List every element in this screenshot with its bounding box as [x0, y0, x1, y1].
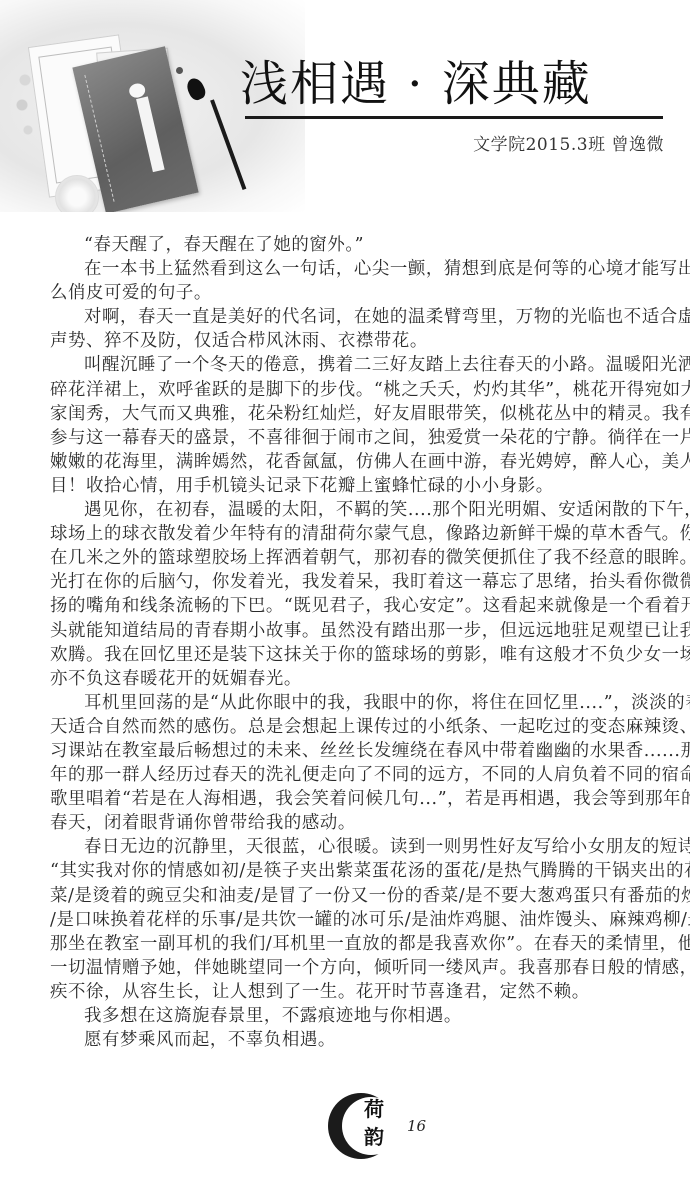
calligraphy-brush-icon: [210, 99, 246, 190]
title-divider: [245, 116, 663, 119]
text-line: 那坐在教室一副耳机的我们/耳机里一直放的都是我喜欢你”。在春天的柔情里，他把: [50, 932, 662, 956]
text-line: 我多想在这旖旎春景里，不露痕迹地与你相遇。: [50, 1004, 662, 1028]
text-line: 一切温情赠予她，伴她眺望同一个方向，倾听同一缕风声。我喜那春日般的情感，不: [50, 956, 662, 980]
text-line: 么俏皮可爱的句子。: [50, 281, 662, 305]
text-line: 参与这一幕春天的盛景，不喜徘徊于闹市之间，独爱赏一朵花的宁静。徜徉在一片粉: [50, 426, 662, 450]
page-number: 16: [407, 1117, 426, 1135]
text-line: 嫩嫩的花海里，满眸嫣然，花香氤氲，仿佛人在画中游，春光娉婷，醉人心，美人: [50, 450, 662, 474]
text-line: 天适合自然而然的感伤。总是会想起上课传过的小纸条、一起吃过的变态麻辣烫、自: [50, 715, 662, 739]
text-line: 亦不负这春暖花开的妩媚春光。: [50, 667, 662, 691]
text-line: “春天醒了，春天醒在了她的窗外。”: [50, 233, 662, 257]
text-line: 在几米之外的篮球塑胶场上挥洒着朝气，那初春的微笑便抓住了我不经意的眼眸。阳: [50, 546, 662, 570]
teacup-decoration: [55, 175, 99, 212]
article-body: “春天醒了，春天醒在了她的窗外。”在一本书上猛然看到这么一句话，心尖一颤，猜想到…: [50, 233, 662, 1052]
logo-text: 荷 韵: [362, 1095, 386, 1151]
brush-tip-decoration: [184, 76, 208, 103]
text-line: 头就能知道结局的青春期小故事。虽然没有踏出那一步，但远远地驻足观望已让我心: [50, 619, 662, 643]
text-line: “其实我对你的情感如初/是筷子夹出紫菜蛋花汤的蛋花/是热气腾腾的干锅夹出的花: [50, 859, 662, 883]
text-line: 菜/是烫着的豌豆尖和油麦/是冒了一份又一份的香菜/是不要大葱鸡蛋只有番茄的炒饭: [50, 884, 662, 908]
text-line: 碎花洋裙上，欢呼雀跃的是脚下的步伐。“桃之夭夭，灼灼其华”，桃花开得宛如大: [50, 378, 662, 402]
journal-logo: 荷 韵: [328, 1093, 396, 1161]
text-line: 声势、猝不及防，仅适合栉风沐雨、衣襟带花。: [50, 329, 662, 353]
text-line: 愿有梦乘风而起，不辜负相遇。: [50, 1028, 662, 1052]
text-line: 年的那一群人经历过春天的洗礼便走向了不同的远方，不同的人肩负着不同的宿命。: [50, 763, 662, 787]
text-line: 目！收拾心情，用手机镜头记录下花瓣上蜜蜂忙碌的小小身影。: [50, 474, 662, 498]
text-line: 在一本书上猛然看到这么一句话，心尖一颤，猜想到底是何等的心境才能写出这: [50, 257, 662, 281]
text-line: 欢腾。我在回忆里还是装下这抹关于你的篮球场的剪影，唯有这般才不负少女一场，: [50, 643, 662, 667]
article-title: 浅相遇 · 深典藏: [240, 56, 592, 112]
text-line: /是口味换着花样的乐事/是共饮一罐的冰可乐/是油炸鸡腿、油炸馒头、麻辣鸡柳/最是: [50, 908, 662, 932]
ink-dot-decoration: [176, 67, 183, 74]
author-byline: 文学院2015.3班 曾逸微: [473, 130, 664, 155]
text-line: 球场上的球衣散发着少年特有的清甜荷尔蒙气息，像路边新鲜干燥的草木香气。你站: [50, 522, 662, 546]
text-line: 光打在你的后脑勺，你发着光，我发着呆，我盯着这一幕忘了思绪，抬头看你微微上: [50, 570, 662, 594]
text-line: 歌里唱着“若是在人海相遇，我会笑着问候几句...”，若是再相遇，我会等到那年的: [50, 787, 662, 811]
text-line: 疾不徐，从容生长，让人想到了一生。花开时节喜逢君，定然不赖。: [50, 980, 662, 1004]
text-line: 春日无边的沉静里，天很蓝，心很暖。读到一则男性好友写给小女朋友的短诗：: [50, 835, 662, 859]
text-line: 春天，闭着眼背诵你曾带给我的感动。: [50, 811, 662, 835]
text-line: 习课站在教室最后畅想过的未来、丝丝长发缠绕在春风中带着幽幽的水果香......那…: [50, 739, 662, 763]
text-line: 对啊，春天一直是美好的代名词，在她的温柔臂弯里，万物的光临也不适合虚张: [50, 305, 662, 329]
text-line: 扬的嘴角和线条流畅的下巴。“既见君子，我心安定”。这看起来就像是一个看着开: [50, 594, 662, 618]
text-line: 家闺秀，大气而又典雅，花朵粉红灿烂，好友眉眼带笑，似桃花丛中的精灵。我有幸: [50, 402, 662, 426]
text-line: 叫醒沉睡了一个冬天的倦意，携着二三好友踏上去往春天的小路。温暖阳光洒在: [50, 353, 662, 377]
text-line: 遇见你，在初春，温暖的太阳，不羁的笑....那个阳光明媚、安适闲散的下午，篮: [50, 498, 662, 522]
text-line: 耳机里回荡的是“从此你眼中的我，我眼中的你，将住在回忆里....”，淡淡的春: [50, 691, 662, 715]
